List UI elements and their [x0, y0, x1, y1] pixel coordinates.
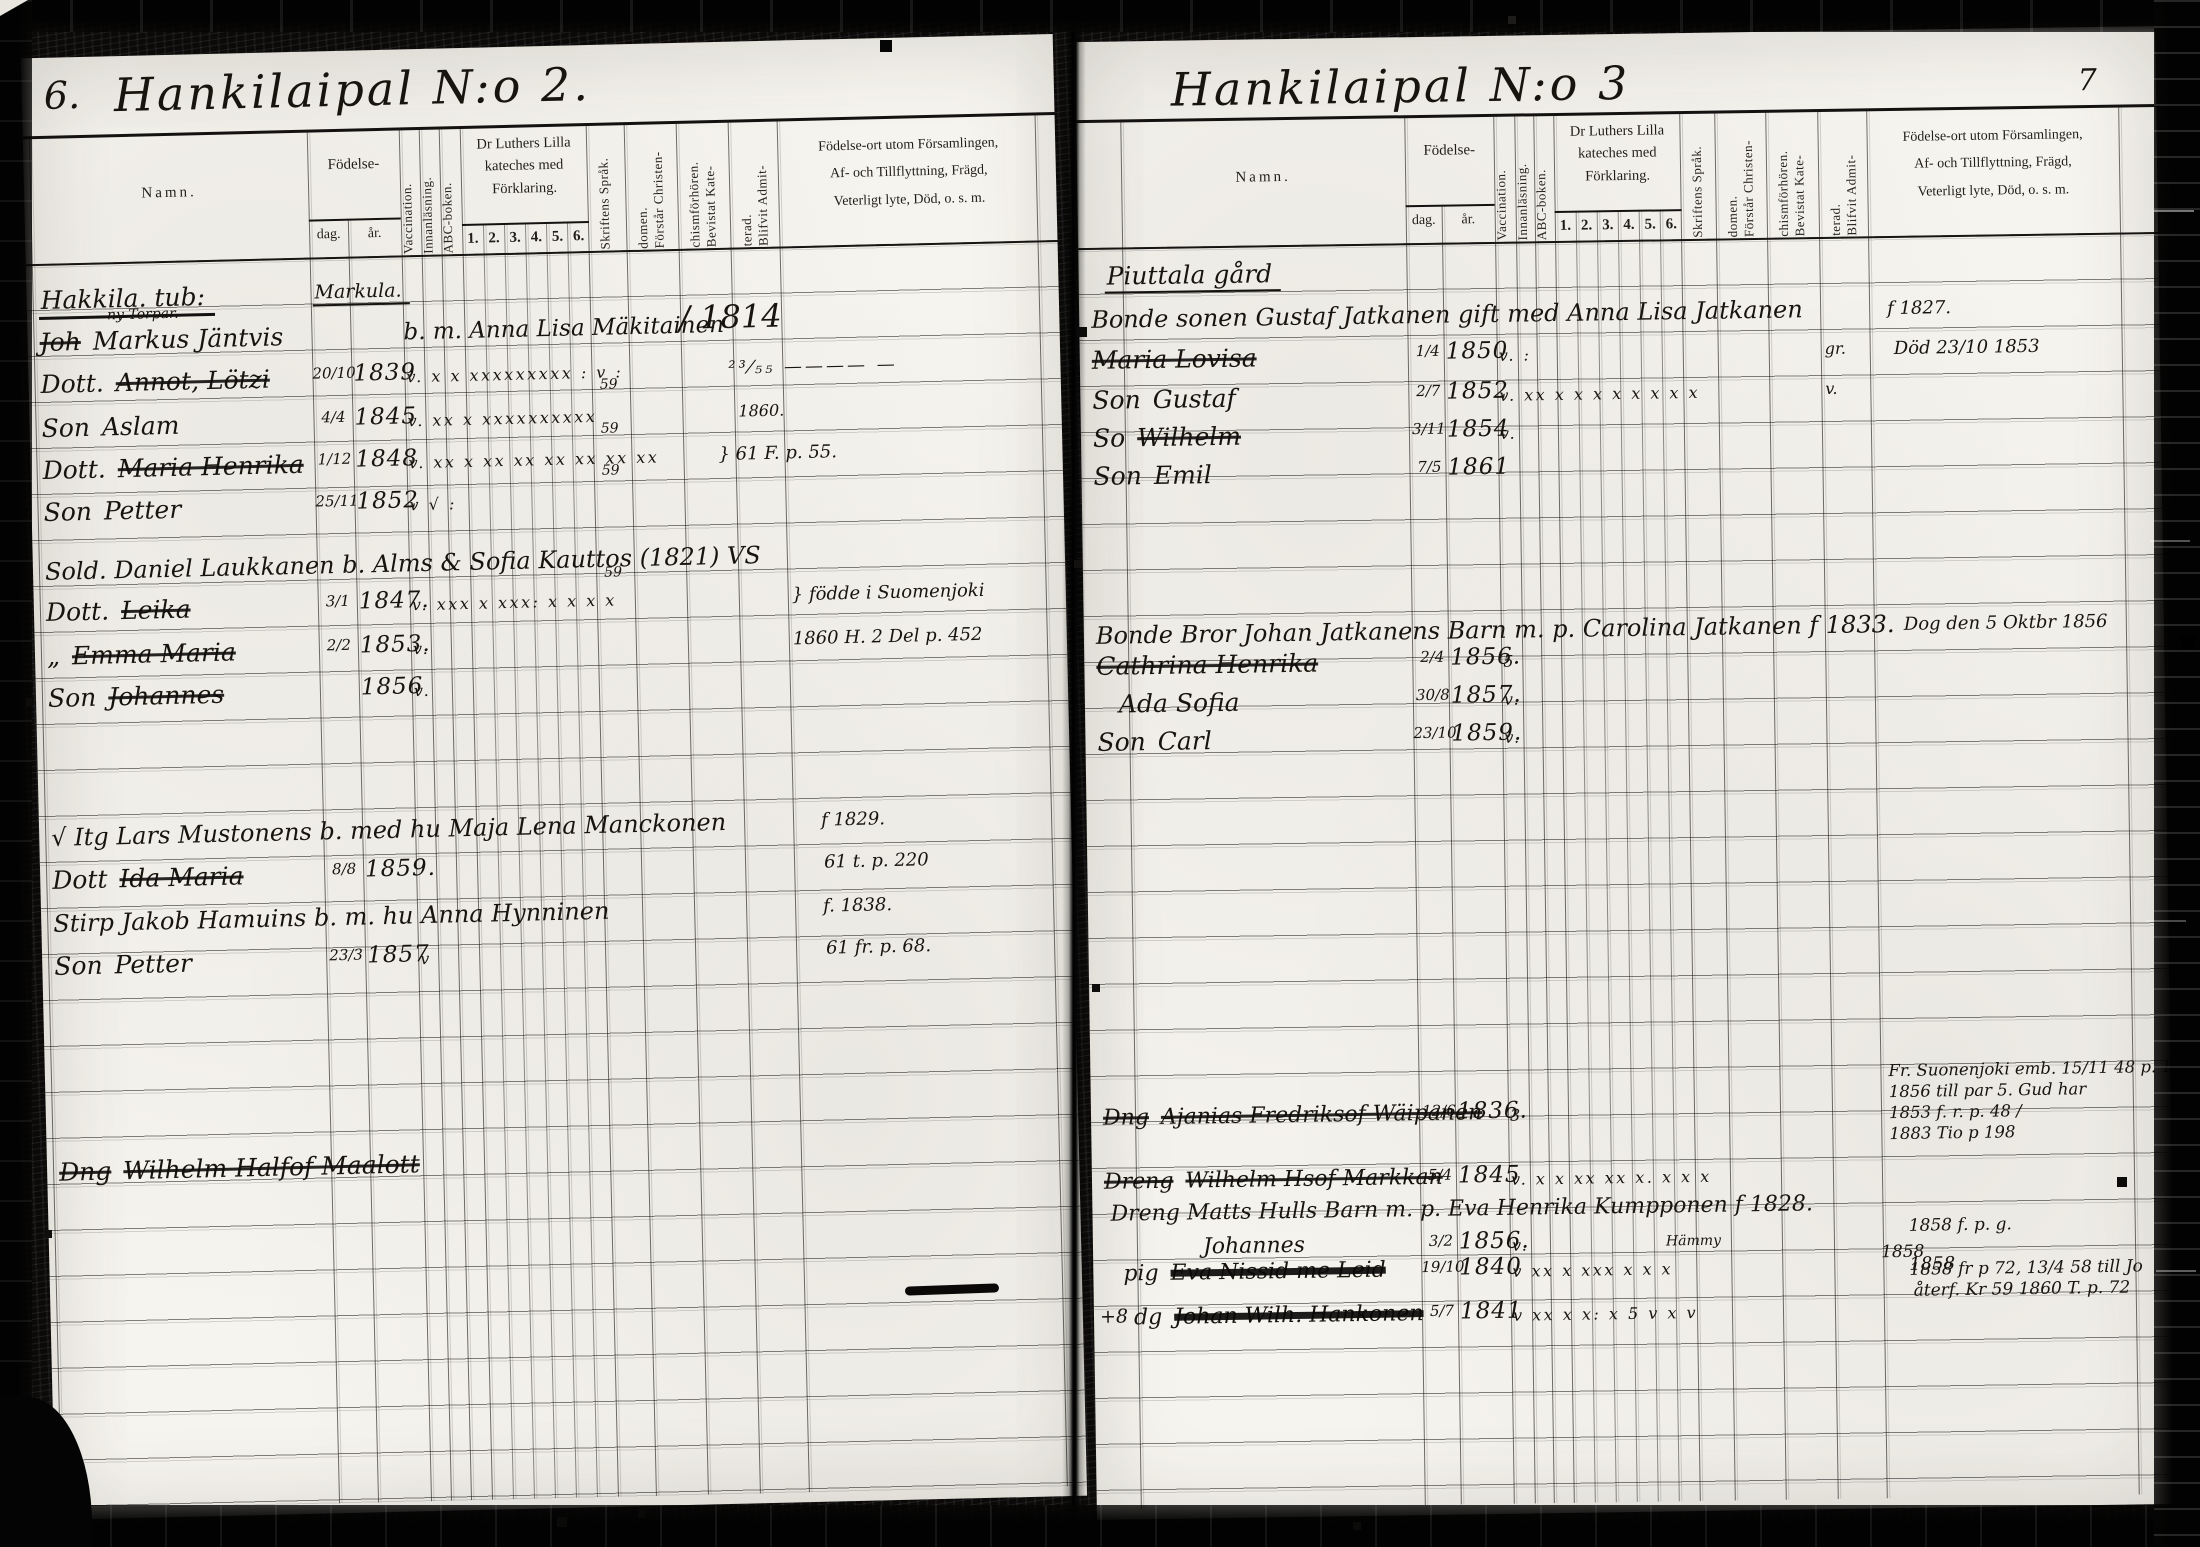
- katekes-col-6: 6.: [1661, 211, 1683, 239]
- row-prefix: Son: [41, 413, 90, 443]
- exam-marks: v: [420, 949, 432, 968]
- col-header-dag: dag.: [1406, 213, 1442, 230]
- margin-note: 61 t. p. 220: [824, 849, 929, 872]
- col-header-fodelse: Födelse-: [1405, 142, 1494, 160]
- birth-day: 2/7: [1408, 382, 1448, 401]
- col-header-katekes: Dr Luthers Lilla kateches med Förklaring…: [1553, 119, 1681, 188]
- birth-day: 1/4: [1408, 342, 1448, 361]
- birth-day: 4/4: [313, 408, 353, 427]
- row-prefix: Joh: [39, 327, 81, 357]
- birth-year-note: / 1814: [679, 297, 782, 337]
- exam-marks: v. xx x x x x x x x x: [1499, 383, 1700, 405]
- birth-day: 23/3: [326, 945, 366, 964]
- birth-year: 1859.: [365, 855, 436, 883]
- exam-marks: v. x x xxxxxxxxx : v :: [406, 362, 623, 386]
- margin-note: } 61 F. p. 55.: [718, 441, 837, 465]
- exam-marks: v √ :: [409, 494, 457, 514]
- birth-day: 19/10: [1421, 1257, 1461, 1276]
- row-prefix: Dreng: [1104, 1169, 1174, 1195]
- birth-day: 2/4: [1412, 648, 1452, 667]
- row-prefix: pig: [1123, 1261, 1159, 1287]
- exam-marks: v xx x x: x 5 v x v: [1513, 1303, 1698, 1325]
- katekes-col-1: 1.: [1555, 213, 1577, 241]
- migration-notes: Fr. Suonenjoki emb. 15/11 48 p. 11 1856 …: [1888, 1056, 2189, 1144]
- exam-year-mark: 59: [600, 376, 618, 392]
- exam-marks: v. :: [1499, 345, 1532, 364]
- birth-day: 30/8: [1413, 686, 1453, 705]
- birth-day: 8/8: [324, 860, 364, 879]
- birth-day: 23/10: [1413, 724, 1453, 743]
- exam-year-mark: 59: [601, 420, 619, 436]
- col-header-blifvit: Blifvit Admit- terad.: [1827, 154, 1861, 236]
- scan-edge-left: [0, 0, 32, 1547]
- katekes-col-5: 5.: [547, 224, 569, 252]
- person-name: Maria Henrika: [117, 450, 304, 483]
- col-header-forstar: Förstår Christen- domen.: [1724, 140, 1758, 237]
- scan-edge-bottom: [0, 1505, 2200, 1547]
- person-name: Maria Lovisa: [1092, 343, 1257, 374]
- margin-note: ²³⁄₅₅ ———— —: [728, 354, 898, 379]
- col-header-namn: Namn.: [1121, 167, 1405, 188]
- person-name: Petter: [114, 949, 192, 980]
- col-header-forstar: Förstår Christen- domen.: [633, 151, 668, 249]
- row-prefix: Dott: [52, 865, 108, 895]
- book-gutter: [1062, 0, 1086, 1547]
- exam-marks: v xx x xxx x x x: [1512, 1259, 1673, 1280]
- person-name: Leika: [121, 595, 191, 626]
- birth-day: 5/7: [1422, 1301, 1462, 1320]
- admitted-year: 1860.: [738, 400, 784, 420]
- page-number-left: 6.: [43, 73, 80, 118]
- note-line: 1883 Tio p 198: [1889, 1119, 2189, 1144]
- katekes-note: Hämmy: [1666, 1233, 1721, 1250]
- person-name: Wilhelm Hsof Markkan: [1185, 1165, 1443, 1194]
- margin-note: f 1829.: [821, 808, 885, 831]
- household-heading: √ Itg Lars Mustonens b. med hu Maja Lena…: [51, 808, 726, 852]
- birth-day: 7/5: [1409, 458, 1449, 477]
- scan-artifact: [2154, 210, 2194, 212]
- birth-day: 3/11: [1409, 420, 1449, 439]
- col-header-fodelseort: Födelse-ort utom Församlingen, Af- och T…: [783, 129, 1035, 217]
- page-title-right: Hankilaipal N:o 3: [1170, 56, 1630, 117]
- table-header: Namn. Födelse- dag. år. Vaccination. Inn…: [23, 112, 1058, 266]
- note-line: 1858 f. p. g.: [1909, 1214, 2012, 1236]
- birth-day: 20/10: [312, 364, 352, 383]
- household-heading: Dreng Matts Hulls Barn m. p. Eva Henrika…: [1110, 1191, 1813, 1226]
- person-name: Ada Sofia: [1119, 688, 1240, 719]
- col-header-fodelse: Födelse-: [307, 155, 399, 174]
- note-line: 1858 fr p 72, 13/4 58 till Jo: [1909, 1256, 2143, 1279]
- col-header-ar: år.: [1442, 212, 1495, 229]
- birth-day: 3/2: [1421, 1232, 1461, 1251]
- exam-marks: v.: [1504, 728, 1522, 747]
- person-name: Johannes: [108, 680, 225, 712]
- margin-note: f 1827.: [1887, 297, 1951, 319]
- birth-day: 1/12: [314, 450, 354, 469]
- row-prefix: Son: [1092, 385, 1141, 415]
- person-name: Eva Nissid me Leid: [1170, 1258, 1386, 1286]
- birth-day: 3/1: [318, 592, 358, 611]
- row-prefix: Dng: [59, 1157, 112, 1187]
- left-page: 6. Hankilaipal N:o 2. Namn. Födelse- dag…: [21, 34, 1087, 1520]
- margin-note: 1860 H. 2 Del p. 452: [793, 624, 983, 649]
- person-name: Gustaf: [1152, 384, 1236, 414]
- person-name: Petter: [104, 495, 182, 526]
- row-prefix: Son: [1093, 461, 1142, 491]
- person-name: Markus Jäntvis: [92, 322, 283, 355]
- birth-day: 12/6: [1419, 1102, 1459, 1121]
- katekes-col-3: 3.: [1597, 212, 1619, 240]
- person-name: Wilhelm Halfof Maalott: [123, 1149, 420, 1185]
- col-header-skriftens: Skriftens Språk.: [1689, 146, 1707, 238]
- katekes-col-1: 1.: [462, 226, 484, 254]
- katekes-col-3: 3.: [504, 225, 526, 253]
- col-header-bevistat: Bevistat Kate- chismförhören.: [686, 161, 721, 248]
- col-header-ar: år.: [348, 225, 401, 242]
- katekes-col-4: 4.: [1618, 212, 1640, 240]
- col-header-fodelseort: Födelse-ort utom Församlingen, Af- och T…: [1872, 121, 2113, 206]
- person-name: Carl: [1158, 726, 1212, 756]
- margin-note: f. 1838.: [823, 894, 892, 917]
- col-header-dag: dag.: [309, 227, 348, 244]
- scan-edge-right: [2154, 0, 2200, 1547]
- exam-marks: v. xx x xx xx xx xx xx xx: [408, 447, 659, 472]
- spouse-note: b. m. Anna Lisa Mäkitainen: [403, 312, 724, 346]
- birth-day: 5/4: [1420, 1166, 1460, 1185]
- exam-marks: v. xxx x xxx: x x x x: [412, 590, 617, 614]
- household-heading: Bonde sonen Gustaf Jatkanen gift med Ann…: [1091, 295, 1803, 334]
- katekes-col-2: 2.: [1576, 212, 1598, 240]
- birth-day: 25/11: [315, 492, 355, 511]
- page-number-right: 7: [2078, 63, 2098, 98]
- birth-year: 1861: [1447, 454, 1510, 481]
- birth-day: 2/2: [319, 636, 359, 655]
- row-prefix: Son: [1097, 727, 1146, 757]
- margin-note: } födde i Suomenjoki: [792, 580, 985, 606]
- katekes-col-6: 6.: [568, 223, 590, 251]
- katekes-col-5: 5.: [1639, 211, 1661, 239]
- row-prefix: Dott.: [42, 454, 106, 484]
- col-header-katekes: Dr Luthers Lilla kateches med Förklaring…: [460, 131, 589, 201]
- col-header-blifvit: Blifvit Admit- terad.: [738, 165, 772, 247]
- register-row: DngWilhelm Halfof Maalott: [47, 1130, 1080, 1194]
- col-header-bevistat: Bevistat Kate- chismförhören.: [1775, 150, 1809, 237]
- katekes-col-2: 2.: [483, 225, 505, 253]
- exam-marks: v.: [413, 639, 431, 658]
- exam-marks: 3: [1510, 1106, 1523, 1125]
- row-prefix: „: [47, 642, 61, 671]
- exam-marks: 5: [1503, 652, 1516, 671]
- exam-year-mark: 59: [604, 564, 622, 580]
- col-header-skriftens: Skriftens Språk.: [595, 158, 613, 250]
- margin-note: 61 fr. p. 68.: [826, 935, 931, 958]
- row-prefix: Son: [54, 951, 103, 981]
- margin-note: Död 23/10 1853: [1894, 336, 2040, 359]
- household-heading: Piuttala gård: [1104, 259, 1280, 294]
- row-prefix: Son: [43, 497, 92, 527]
- exam-year-mark: 59: [602, 462, 620, 478]
- katekes-col-4: 4.: [525, 224, 547, 252]
- exam-marks: v.: [414, 681, 432, 700]
- row-prefix: dg: [1134, 1305, 1163, 1330]
- person-name: Johan Wilh. Hankonen: [1174, 1301, 1424, 1330]
- exam-marks: v. x x xx xx x. x x x: [1511, 1167, 1712, 1189]
- occupation-note: ny Torpar.: [107, 306, 179, 324]
- admitted-mark: v.: [1825, 379, 1838, 398]
- person-name: Emma Maria: [72, 637, 237, 670]
- person-name: Emil: [1154, 460, 1212, 490]
- row-prefix: Dott.: [46, 596, 110, 626]
- household-heading: Stirp Jakob Hamuins b. m. hu Anna Hynnin…: [53, 897, 610, 938]
- exam-marks: v. xx x xxxxxxxxxx: [407, 407, 597, 430]
- header-dag-rule: [309, 217, 401, 221]
- person-name: Ida Maria: [119, 861, 244, 893]
- person-name: Annot, Lötzi: [115, 365, 270, 398]
- birthplace-note: Markula.: [312, 279, 410, 306]
- row-prefix: Son: [48, 683, 97, 713]
- row-prefix: So: [1093, 423, 1126, 452]
- right-page: Hankilaipal N:o 3 7 Namn. Födelse- dag. …: [1075, 26, 2177, 1520]
- note-line: Fr. Suonenjoki emb. 15/11 48 p. 11: [1888, 1056, 2188, 1081]
- person-name: Aslam: [102, 411, 180, 442]
- scan-edge-top: [0, 0, 2200, 32]
- exam-marks: v.: [1500, 424, 1518, 443]
- margin-note: Dog den 5 Oktbr 1856: [1904, 611, 2108, 635]
- row-prefix: Dott.: [40, 369, 104, 399]
- col-header-namn: Namn.: [30, 182, 308, 206]
- page-title-left: Hankilaipal N:o 2.: [113, 57, 591, 122]
- exam-marks: v.: [1504, 690, 1522, 709]
- note-line: återf. Kr 59 1860 T. p. 72: [1914, 1278, 2131, 1301]
- person-name: Wilhelm: [1137, 422, 1241, 453]
- header-dag-rule: [1406, 204, 1495, 207]
- scanned-parish-register: 6. Hankilaipal N:o 2. Namn. Födelse- dag…: [0, 0, 2200, 1547]
- admitted-mark: gr.: [1825, 339, 1846, 358]
- row-prefix: Dng: [1103, 1105, 1149, 1131]
- margin-scribble: +8: [1100, 1305, 1128, 1327]
- person-name: Cathrina Henrika: [1096, 649, 1318, 681]
